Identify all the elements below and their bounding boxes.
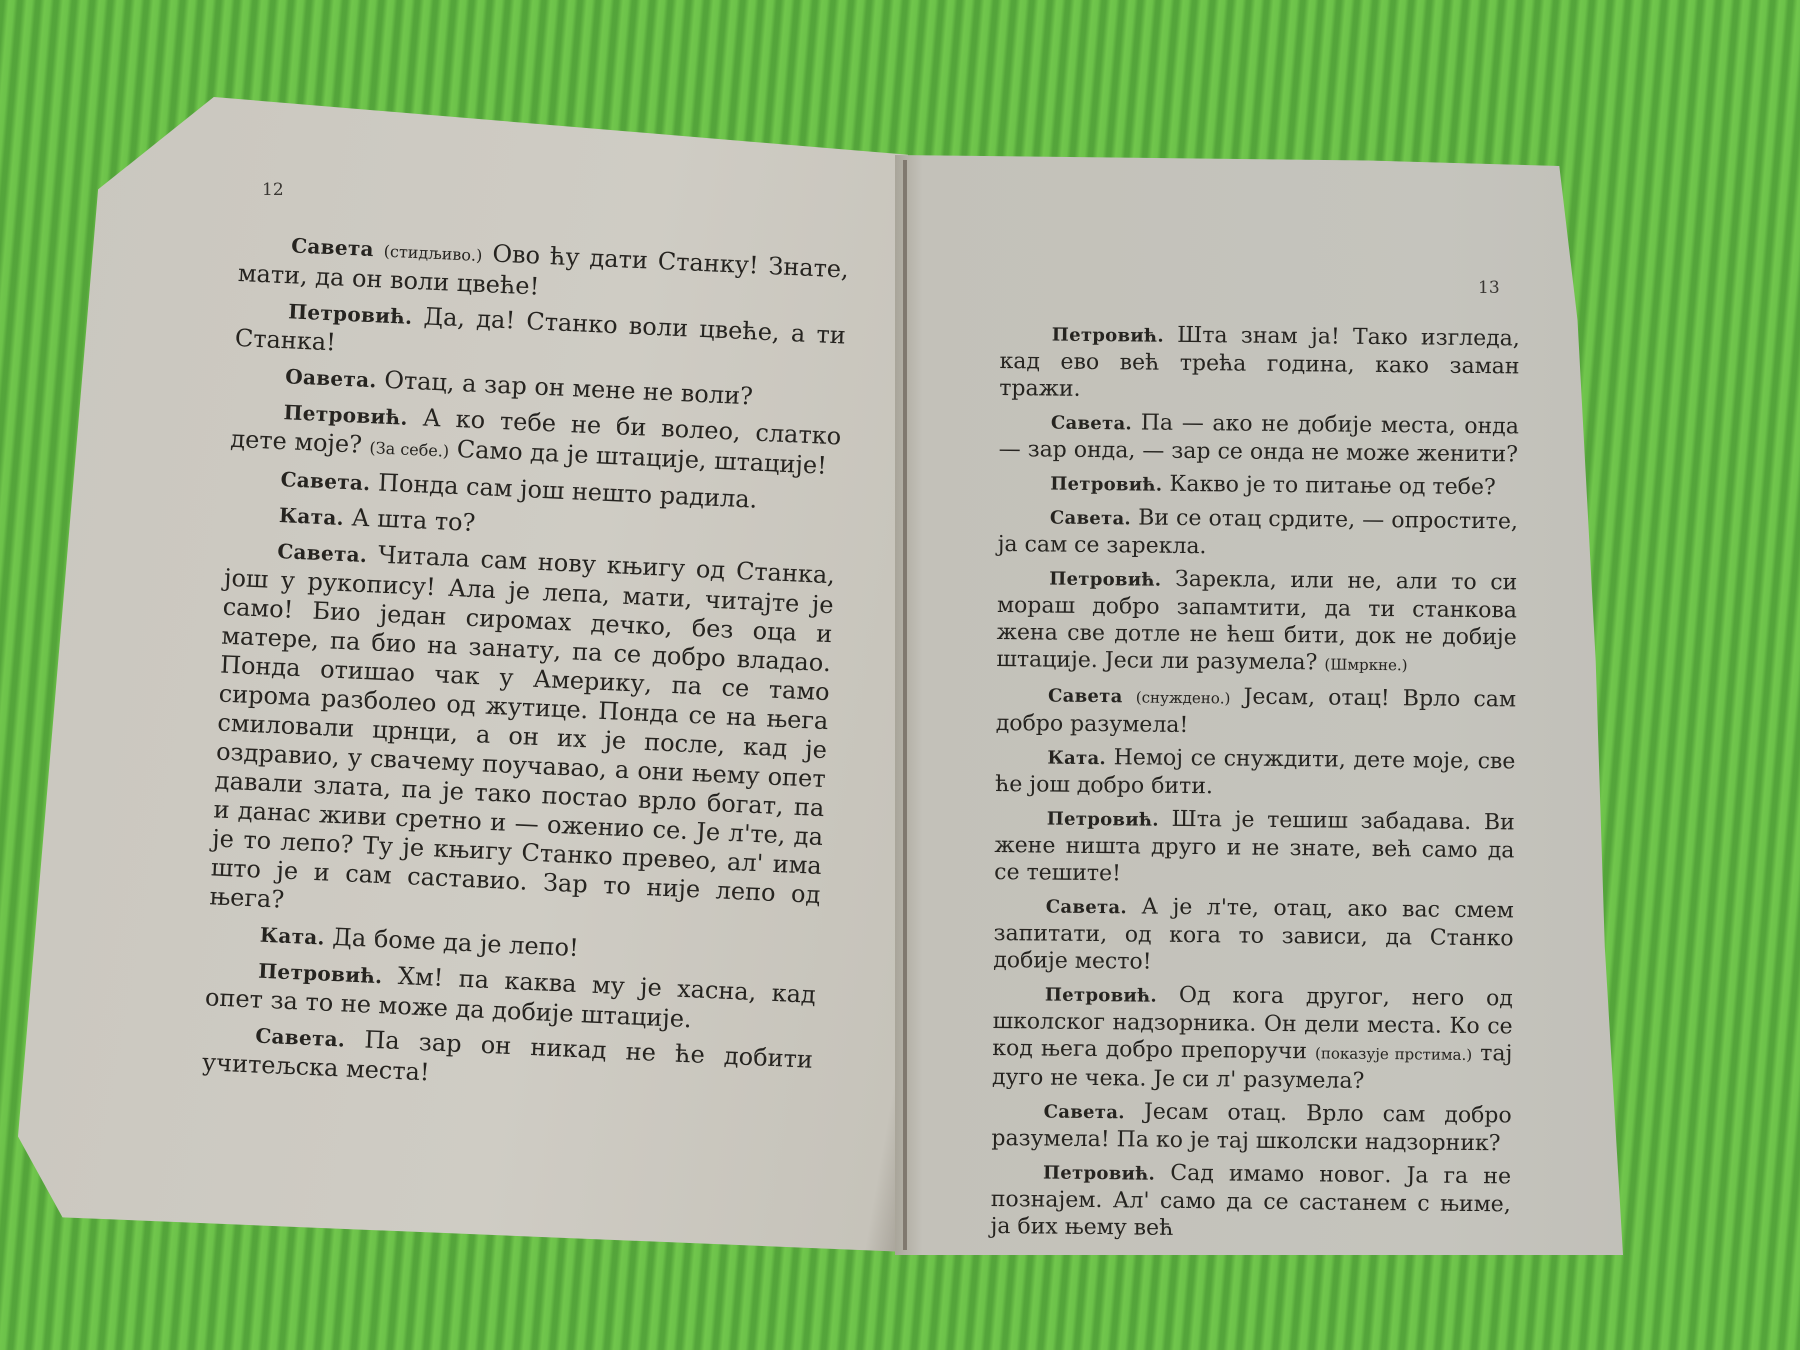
speaker-name: Петровић. — [1052, 325, 1164, 347]
speaker-name: Савета. — [1050, 508, 1131, 530]
speaker-name: Савета. — [1046, 897, 1127, 919]
dialogue-text: А шта то? — [351, 503, 476, 537]
stage-direction: (Шмркне.) — [1324, 655, 1407, 674]
speaker-name: Оавета. — [285, 364, 377, 392]
dialogue-line: Петровић. Зарекла, или не, али то си мор… — [996, 564, 1517, 680]
speaker-name: Савета. — [280, 467, 371, 495]
stage-direction: (стидљиво.) — [383, 242, 482, 265]
dialogue-line: Петровић. Шта знам ја! Тако изгледа, кад… — [999, 320, 1520, 407]
dialogue-line: Савета. Јесам отац. Врло сам добро разум… — [991, 1097, 1512, 1157]
speaker-name: Савета. — [255, 1024, 346, 1052]
right-page-text: Петровић. Шта знам ја! Тако изгледа, кад… — [990, 320, 1520, 1251]
dialogue-line: Савета. Па — ако не добије места, онда —… — [999, 408, 1520, 468]
dialogue-line: Петровић. Од кога другог, него од школск… — [992, 980, 1513, 1096]
dialogue-text: Читала сам нову књигу од Станка, још у р… — [209, 541, 835, 914]
dialogue-line: Ката. Немој се снуждити, дете моје, све … — [995, 743, 1516, 803]
speaker-name: Савета — [1048, 686, 1123, 708]
stage-direction: (показује прстима.) — [1315, 1044, 1472, 1064]
speaker-name: Ката. — [259, 923, 325, 950]
speaker-name: Савета — [291, 233, 375, 261]
left-page-number: 12 — [262, 180, 284, 200]
dialogue-line: Петровић. Какво је то питање од тебе? — [998, 469, 1518, 502]
speaker-name: Петровић. — [258, 959, 383, 989]
speaker-name: Савета. — [1044, 1102, 1125, 1124]
dialogue-line: Петровић. Сад имамо новог. Ја га не позн… — [990, 1158, 1511, 1245]
dialogue-text: Какво је то питање од тебе? — [1169, 472, 1496, 500]
right-page-number: 13 — [1478, 278, 1500, 298]
speaker-name: Петровић. — [1047, 809, 1159, 831]
stage-direction: (За себе.) — [369, 438, 449, 461]
dialogue-line: Савета. А је л'те, отац, ако вас смем за… — [993, 892, 1514, 979]
left-page-text: Савета (стидљиво.) Ово ћу дати Станку! З… — [201, 228, 849, 1111]
dialogue-line: Петровић. Шта је тешиш забадава. Ви жене… — [994, 804, 1515, 891]
speaker-name: Савета. — [1051, 413, 1132, 435]
dialogue-line: Савета. Читала сам нову књигу од Станка,… — [209, 534, 836, 939]
speaker-name: Петровић. — [283, 400, 408, 430]
stage-direction: (снуждено.) — [1136, 688, 1231, 707]
dialogue-text: Да боме да је лепо! — [332, 923, 579, 962]
speaker-name: Ката. — [1047, 748, 1106, 770]
speaker-name: Петровић. — [1045, 985, 1157, 1007]
book-spine — [903, 160, 907, 1250]
speaker-name: Петровић. — [1050, 474, 1162, 496]
speaker-name: Ката. — [278, 503, 344, 530]
speaker-name: Петровић. — [288, 299, 413, 329]
speaker-name: Петровић. — [1043, 1162, 1155, 1184]
dialogue-line: Савета. Ви се отац срдите, — опростите, … — [998, 503, 1519, 563]
dialogue-line: Савета (снуждено.) Јесам, отац! Врло сам… — [996, 681, 1517, 742]
speaker-name: Савета. — [277, 539, 368, 567]
speaker-name: Петровић. — [1049, 569, 1161, 591]
